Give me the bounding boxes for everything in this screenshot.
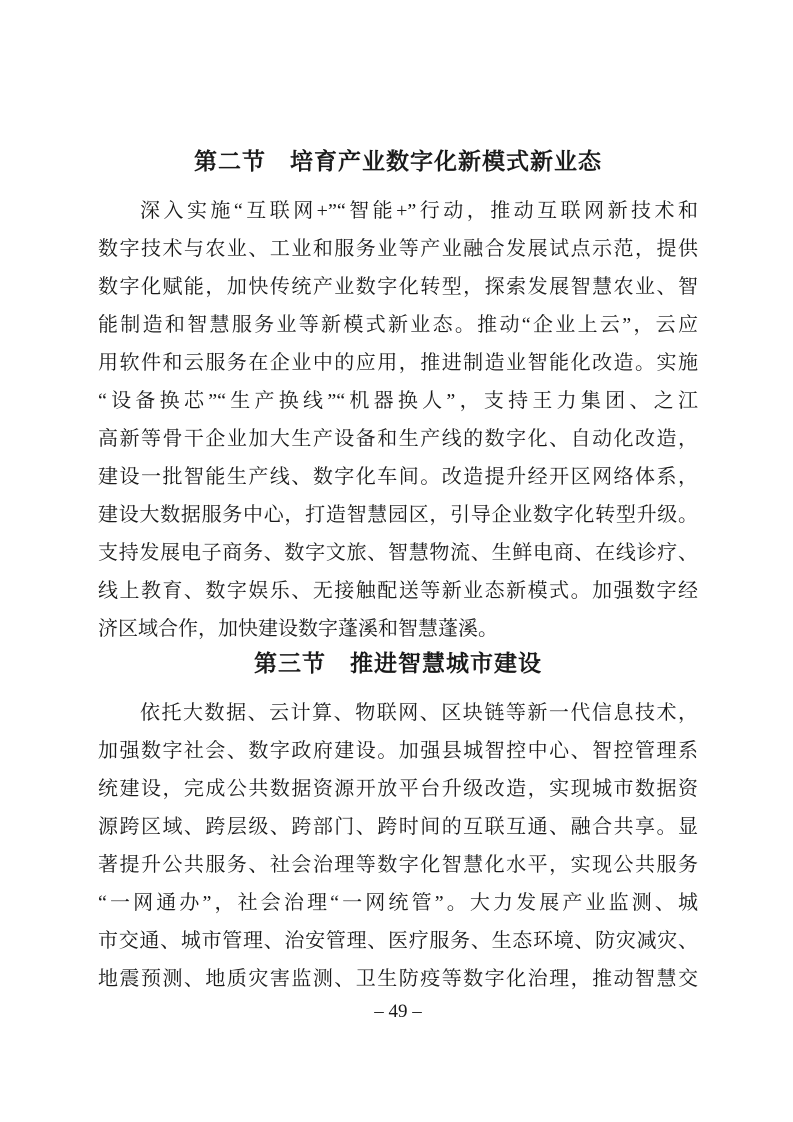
section-heading-2: 第二节 培育产业数字化新模式新业态	[98, 146, 698, 178]
text-line: 深入实施“互联网+”“智能+”行动，推动互联网新技术和	[98, 192, 698, 230]
text-line: “一网通办”，社会治理“一网统管”。大力发展产业监测、城	[98, 884, 698, 922]
text-line: 依托大数据、云计算、物联网、区块链等新一代信息技术，	[98, 694, 698, 732]
text-line: 数字化赋能，加快传统产业数字化转型，探索发展智慧农业、智	[98, 268, 698, 306]
text-line: 源跨区域、跨层级、跨部门、跨时间的互联互通、融合共享。显	[98, 808, 698, 846]
page-number: – 49 –	[98, 999, 698, 1025]
text-line: 高新等骨干企业加大生产设备和生产线的数字化、自动化改造，	[98, 420, 698, 458]
text-line: 线上教育、数字娱乐、无接触配送等新业态新模式。加强数字经	[98, 572, 698, 610]
text-line: “设备换芯”“生产换线”“机器换人”，支持王力集团、之江	[98, 382, 698, 420]
text-line: 能制造和智慧服务业等新模式新业态。推动“企业上云”，云应	[98, 306, 698, 344]
document-page: 第二节 培育产业数字化新模式新业态 深入实施“互联网+”“智能+”行动，推动互联…	[0, 0, 793, 1122]
text-line: 数字技术与农业、工业和服务业等产业融合发展试点示范，提供	[98, 230, 698, 268]
text-line: 建设大数据服务中心，打造智慧园区，引导企业数字化转型升级。	[98, 496, 698, 534]
text-line: 地震预测、地质灾害监测、卫生防疫等数字化治理，推动智慧交	[98, 960, 698, 998]
section-heading-3: 第三节 推进智慧城市建设	[98, 648, 698, 680]
text-line: 加强数字社会、数字政府建设。加强县城智控中心、智控管理系	[98, 732, 698, 770]
text-line: 支持发展电子商务、数字文旅、智慧物流、生鲜电商、在线诊疗、	[98, 534, 698, 572]
text-line: 用软件和云服务在企业中的应用，推进制造业智能化改造。实施	[98, 344, 698, 382]
text-line: 市交通、城市管理、治安管理、医疗服务、生态环境、防灾减灾、	[98, 922, 698, 960]
text-line: 建设一批智能生产线、数字化车间。改造提升经开区网络体系，	[98, 458, 698, 496]
text-line: 济区域合作，加快建设数字蓬溪和智慧蓬溪。	[98, 610, 698, 648]
content-column: 第二节 培育产业数字化新模式新业态 深入实施“互联网+”“智能+”行动，推动互联…	[98, 146, 698, 1025]
text-line: 著提升公共服务、社会治理等数字化智慧化水平，实现公共服务	[98, 846, 698, 884]
text-line: 统建设，完成公共数据资源开放平台升级改造，实现城市数据资	[98, 770, 698, 808]
